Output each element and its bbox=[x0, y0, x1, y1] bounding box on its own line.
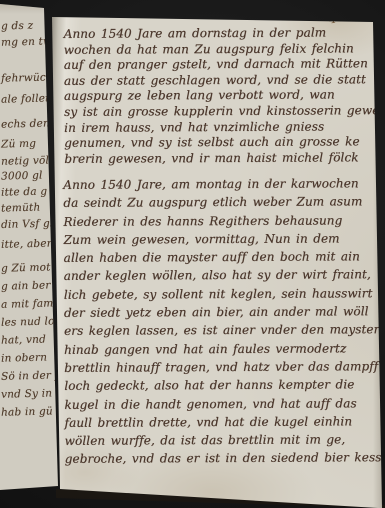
text-line: kugel in die handt genomen, vnd hat auff… bbox=[64, 394, 380, 414]
left-page-line-fragment: Sö in der f bbox=[1, 369, 59, 383]
paragraph-anno-1540-holy-week: Anno 1540 Jare, am montag in der karwoch… bbox=[63, 174, 381, 468]
left-page-line-fragment: echs den bbox=[1, 117, 50, 130]
text-line: genumen, vnd sy ist selbst auch ain gros… bbox=[64, 134, 380, 151]
left-page-line-fragment: in obern bbox=[1, 351, 47, 364]
text-line: ers keglen lassen, es ist ainer vnder de… bbox=[64, 321, 380, 341]
left-page-line-fragment: Zü mg bbox=[1, 138, 36, 151]
left-page-line-fragment: ale follet bbox=[1, 92, 50, 105]
text-line: brettlin hinauff tragen, vnd hatz vber d… bbox=[64, 357, 380, 377]
left-page-line-fragment: temüth bbox=[1, 201, 41, 214]
text-line: in irem hauss, vnd hat vnzimliche gniess bbox=[64, 119, 380, 136]
paragraph-anno-1540-palm-week: Anno 1540 Jare am dornstag in der palm w… bbox=[64, 25, 381, 167]
text-line: hinab gangen vnd hat ain faules vermoder… bbox=[64, 339, 380, 359]
folio-number: 44 bbox=[328, 10, 346, 26]
text-line: augspurg ze leben lang verbott word, wan bbox=[64, 88, 380, 105]
text-line: allen haben die mayster auff den boch mi… bbox=[64, 247, 380, 267]
text-line: brerin gewesen, vnd ir man haist michel … bbox=[64, 150, 380, 167]
text-line: loch gedeckt, also hat der hanns kempter… bbox=[64, 375, 380, 395]
left-page-line-fragment: hab in gü bbox=[1, 405, 53, 418]
text-line: sy ist ain grosse kupplerin vnd kinstoss… bbox=[64, 103, 380, 120]
right-page: 44 Anno 1540 Jare am dornstag in der pal… bbox=[0, 0, 385, 508]
left-page-line-fragment: les nud lo bbox=[1, 315, 55, 328]
left-page-line-fragment: netig völt bbox=[1, 154, 54, 167]
left-page-line-fragment: fehrwüch bbox=[1, 71, 53, 84]
left-page-line-fragment: 3000 gl bbox=[1, 169, 43, 182]
left-page-line-fragment: g Zü mot bbox=[1, 261, 51, 274]
left-page-line-fragment: hat, vnd bbox=[1, 333, 46, 346]
text-line: wochen da hat man Zu augspurg felix felc… bbox=[64, 41, 380, 58]
left-page-line-fragment: a mit famp bbox=[1, 297, 61, 311]
text-line: aus der statt geschlagen word, vnd se di… bbox=[64, 72, 380, 89]
text-line: ander keglen wöllen, also hat sy der wir… bbox=[64, 266, 380, 286]
text-line: der siedt yetz eben ain bier, ain ander … bbox=[64, 302, 380, 322]
left-page-line-fragment: g ds z bbox=[1, 20, 34, 33]
left-page-line-fragment: itte da g bbox=[1, 185, 48, 198]
text-line: Anno 1540 Jare, am montag in der karwoch… bbox=[63, 174, 379, 194]
text-line: auf den pranger gstelt, vnd darnach mit … bbox=[64, 56, 380, 73]
text-line: lich gebete, sy sollent nit keglen, sein… bbox=[64, 284, 380, 304]
text-line: Riederer in des hanns Regithers behausun… bbox=[63, 211, 379, 231]
text-line: wöllen wurffe, da ist das brettlin mit i… bbox=[65, 430, 381, 450]
left-page-line-fragment: vnd Sy in bbox=[1, 387, 52, 400]
text-line: da seindt Zu augspurg etlich weber Zum a… bbox=[63, 192, 379, 212]
left-page-line-fragment: itte, aber a bbox=[1, 237, 62, 251]
text-line: Anno 1540 Jare am dornstag in der palm bbox=[64, 25, 380, 42]
text-line: faull brettlin drette, vnd hat die kugel… bbox=[64, 412, 380, 432]
text-line: Zum wein gewesen, vormittag, Nun in dem bbox=[64, 229, 380, 249]
text-line: gebroche, vnd das er ist in den siedend … bbox=[65, 449, 381, 469]
manuscript-photo: g ds z mg en tw fehrwüch ale follet echs… bbox=[0, 0, 385, 508]
left-page-line-fragment: mg en tw bbox=[1, 35, 52, 48]
left-page-line-fragment: g ain ber bbox=[1, 279, 51, 292]
